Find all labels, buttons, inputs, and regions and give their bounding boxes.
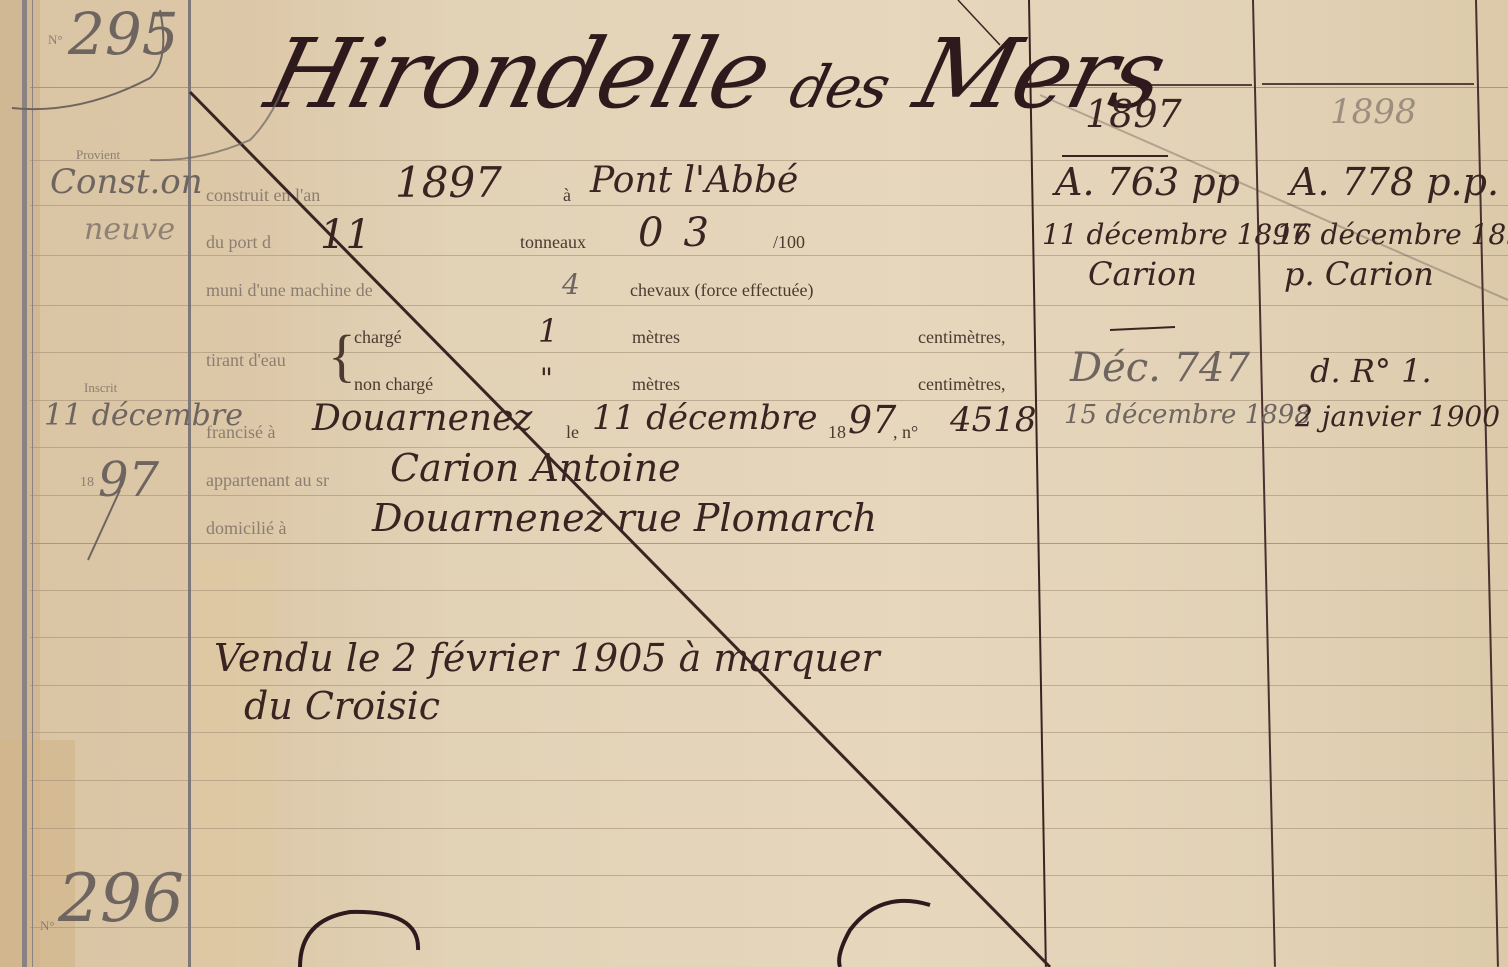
tonneaux-value: 03: [638, 210, 729, 256]
sale-note-line1: Vendu le 2 février 1905 à marquer: [214, 636, 880, 680]
machine-label: muni d'une machine de: [206, 280, 373, 301]
port-value: 11: [320, 212, 371, 258]
inscrit-year-prefix: 18: [80, 475, 94, 491]
entry-number: 295: [68, 0, 179, 68]
construit-year: 1897: [395, 158, 502, 207]
right-col-1-line1: A. 763 pp: [1055, 160, 1240, 204]
next-entry-cap-C: [839, 901, 930, 967]
right-col-1-line2: 11 décembre 1897: [1042, 218, 1308, 251]
right-col-2-line3: p. Carion: [1284, 255, 1434, 293]
charge-metres-label: mètres: [632, 327, 680, 348]
domicile-label: domicilié à: [206, 518, 286, 539]
right-header-rule-2: [1262, 83, 1474, 85]
tirant-brace: {: [328, 322, 356, 389]
vessel-name-des: des: [783, 53, 895, 121]
non-charge-label: non chargé: [354, 374, 433, 395]
francise-year-prefix: 18: [828, 422, 846, 443]
provient-value-line2: neuve: [84, 212, 175, 247]
right-col-2-year: 1898: [1330, 92, 1417, 132]
vessel-name: Hirondelle des Mers: [256, 18, 1175, 130]
paper-stain-gutter: [195, 560, 275, 967]
inscrit-label: Inscrit: [84, 380, 117, 396]
margin-line-thin: [32, 0, 33, 967]
construit-place-label: à: [563, 185, 571, 206]
paper-stain-left: [0, 0, 40, 967]
construit-label: construit en l'an: [206, 185, 320, 206]
francise-year-suffix: 97: [848, 398, 896, 442]
column-divider-right-2: [1475, 0, 1499, 967]
francise-le-label: le: [566, 422, 579, 443]
column-divider-main: [1028, 0, 1047, 967]
right-col-2-line4: d. R° 1.: [1310, 352, 1432, 390]
charge-cm-label: centimètres,: [918, 327, 1005, 348]
non-charge-value: ": [540, 362, 553, 395]
machine-value: 4: [562, 268, 580, 301]
chevaux-label: chevaux (force effectuée): [630, 280, 814, 301]
francise-label: francisé à: [206, 422, 275, 443]
right-col-1-line3: Carion: [1088, 255, 1197, 293]
francise-number: 4518: [950, 400, 1037, 440]
domicile-value: Douarnenez rue Plomarch: [372, 496, 877, 540]
margin-line-double: [22, 0, 27, 967]
francise-place: Douarnenez: [312, 398, 532, 439]
tirant-label: tirant d'eau: [206, 350, 286, 371]
right-col-2-line2: 16 décembre 1898: [1276, 218, 1508, 251]
right-col-1-line5: 15 décembre 1898: [1064, 400, 1311, 430]
next-entry-cap-P: [300, 912, 418, 967]
non-charge-metres-label: mètres: [632, 374, 680, 395]
charge-label: chargé: [354, 327, 402, 348]
charge-value: 1: [538, 312, 558, 350]
column-divider-right-1: [1252, 0, 1276, 967]
provient-value-line1: Const.on: [50, 162, 203, 202]
tonneaux-label: tonneaux: [520, 232, 586, 253]
port-label: du port d: [206, 232, 271, 253]
next-entry-number: 296: [58, 860, 184, 937]
appartenant-label: appartenant au sr: [206, 470, 329, 491]
non-charge-cm-label: centimètres,: [918, 374, 1005, 395]
provient-label: Provient: [76, 147, 120, 163]
right-col-1-underline-d: [1110, 327, 1175, 330]
construit-place: Pont l'Abbé: [590, 160, 798, 201]
francise-date: 11 décembre: [592, 398, 818, 438]
entry-number-label: N°: [48, 32, 63, 48]
right-col-1-year: 1897: [1085, 92, 1182, 136]
owner-name: Carion Antoine: [390, 446, 681, 490]
column-divider-left: [188, 0, 191, 967]
right-col-2-line1: A. 778 p.p.: [1290, 160, 1499, 204]
right-col-1-line4: Déc. 747: [1070, 345, 1250, 391]
next-entry-number-label: N°: [40, 918, 55, 934]
tonneaux-denominator: /100: [773, 232, 805, 253]
vessel-name-main: Hirondelle: [256, 18, 780, 130]
inscrit-year-suffix: 97: [98, 452, 159, 508]
francise-no-label: , n°: [893, 422, 918, 443]
sale-note-line2: du Croisic: [244, 684, 440, 728]
right-col-2-line5: 2 janvier 1900: [1295, 400, 1500, 433]
